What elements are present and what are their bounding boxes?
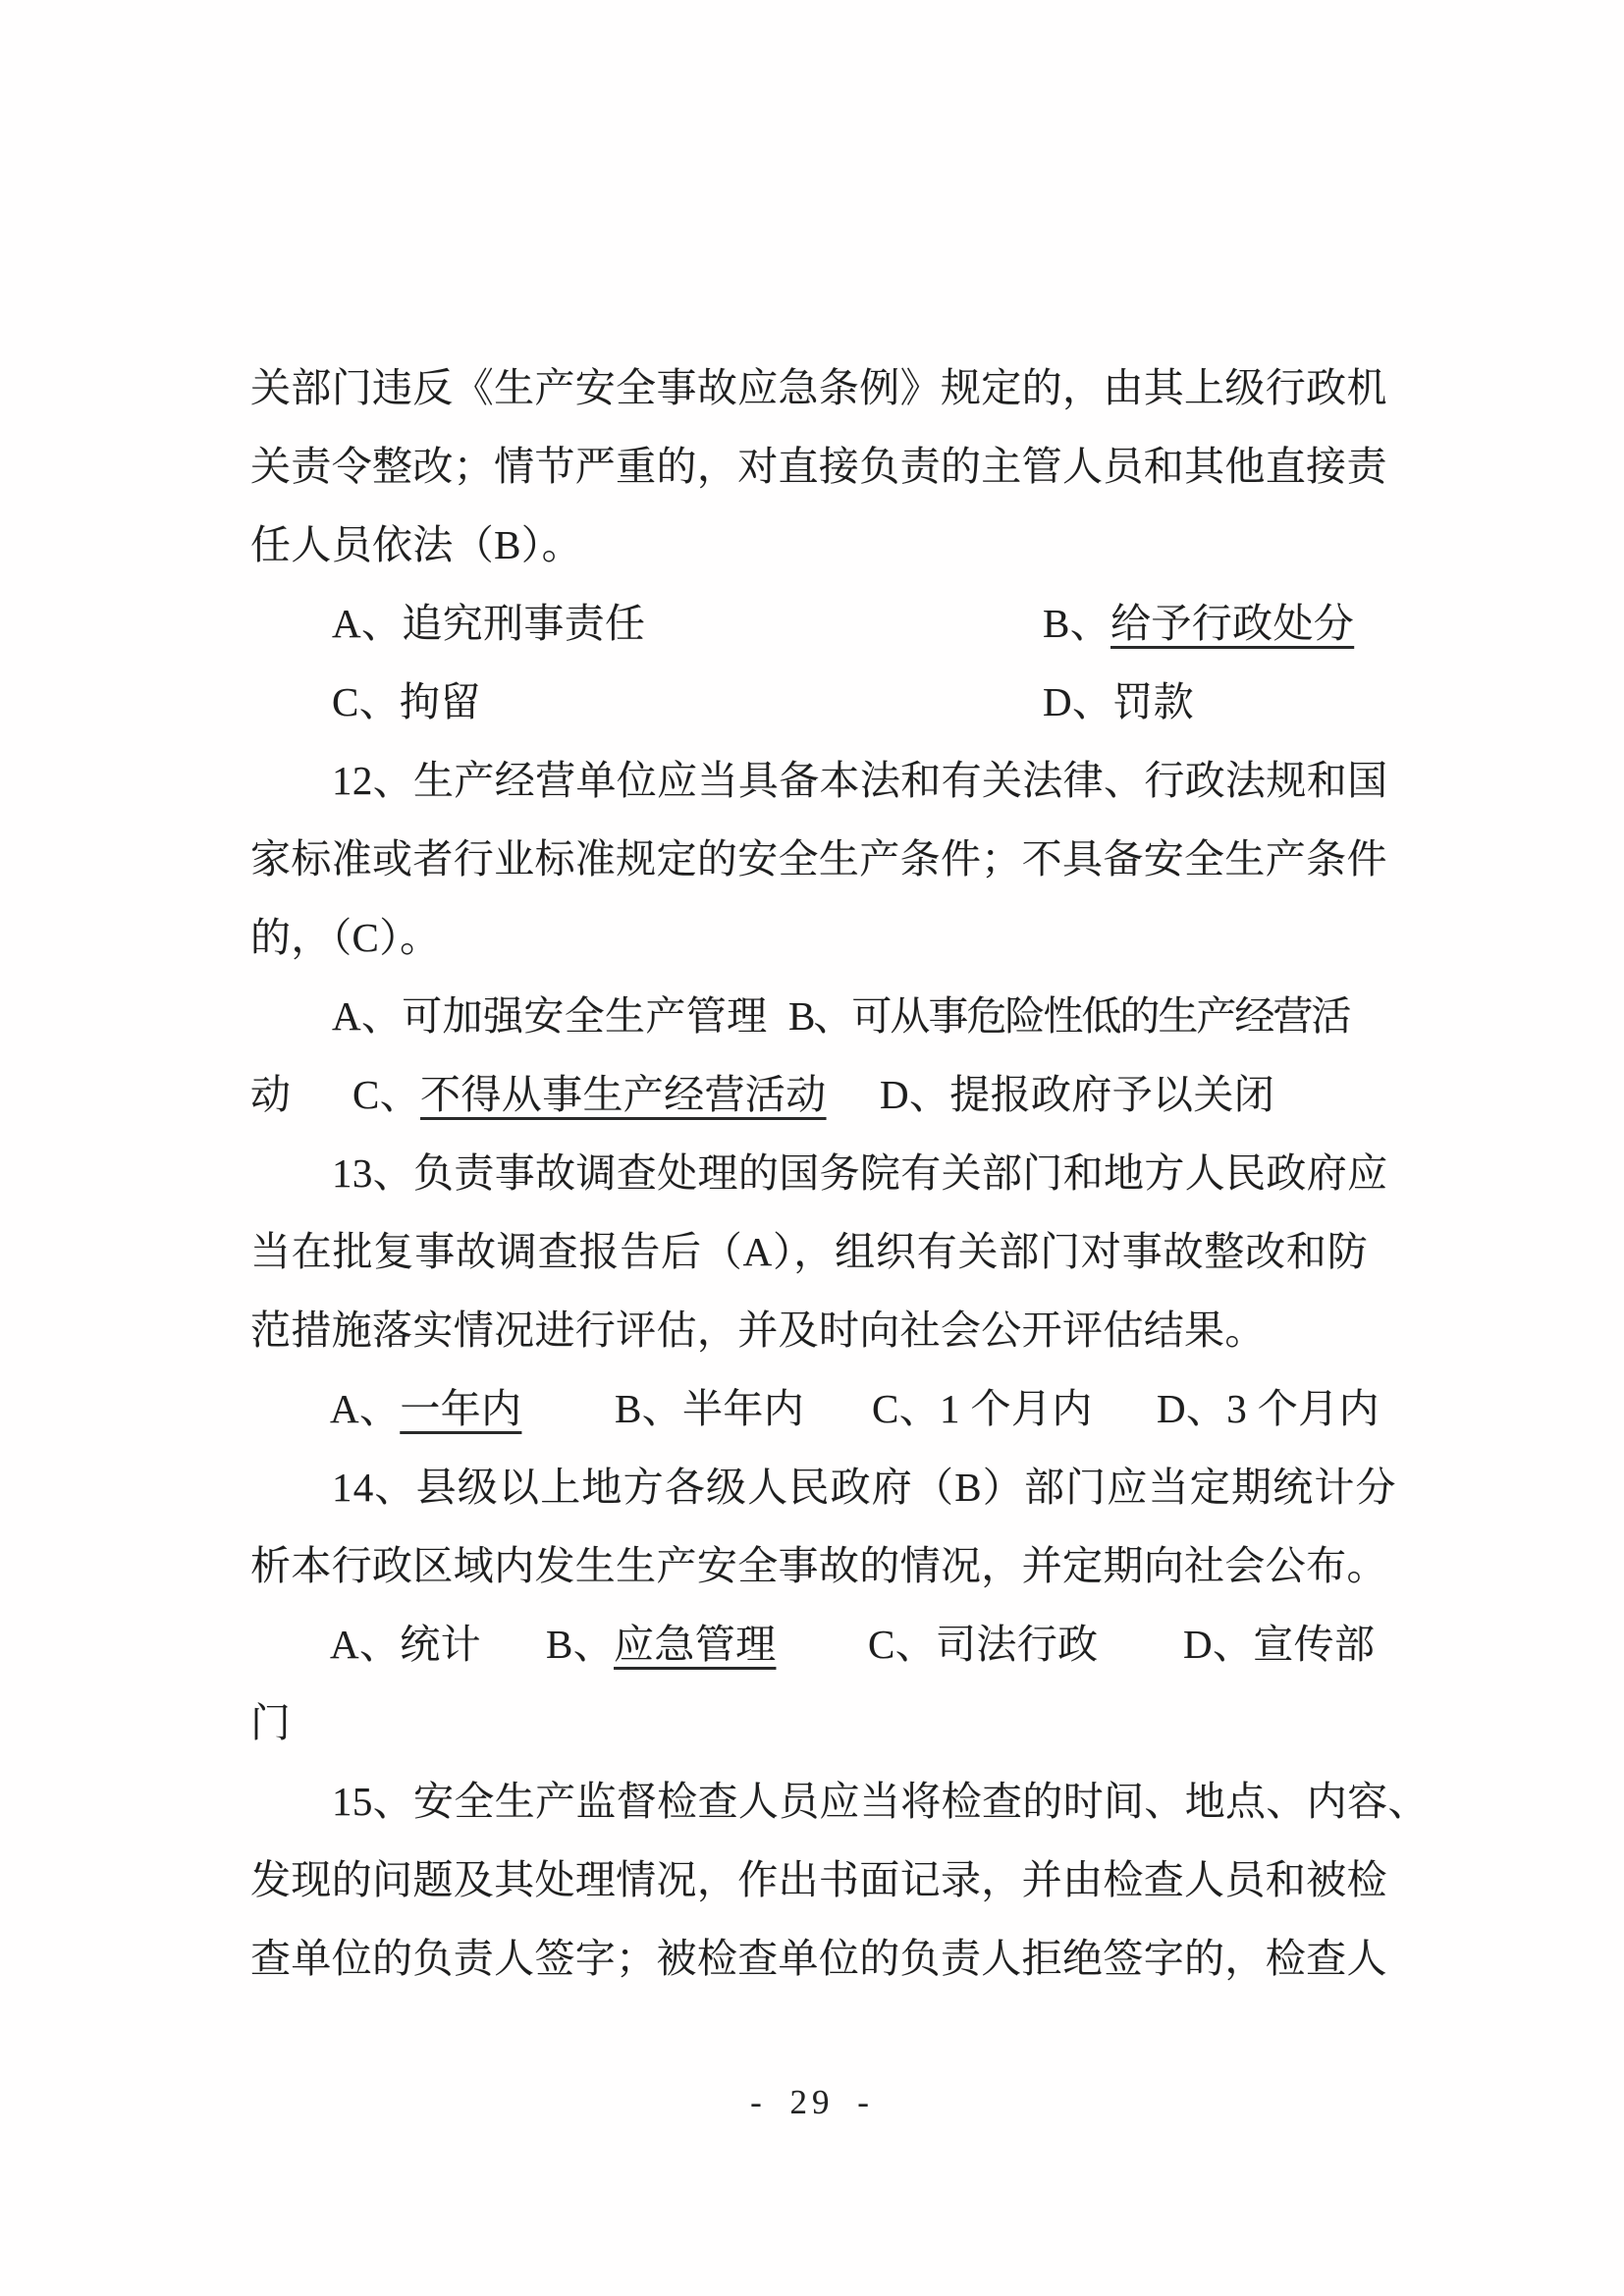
q15-stem-line-3: 查单位的负责人签字；被检查单位的负责人拒绝签字的，检查人: [250, 1937, 1387, 1980]
q12-option-d: D、提报政府予以关闭: [880, 1073, 1274, 1116]
q14-option-a: A、统计: [330, 1623, 481, 1666]
text-part: B、可从事危险性低的生产经营活: [788, 993, 1349, 1039]
text-part: 析本行政区域内发生生产安全事故的情况，并定期向社会公布。: [250, 1543, 1387, 1588]
q14-option-d-continuation: 门: [250, 1701, 291, 1744]
text-part: 12、生产经营单位应当具备本法和有关法律、行政法规和国: [332, 758, 1387, 803]
document-page: 关部门违反《生产安全事故应急条例》规定的，由其上级行政机关责令整改；情节严重的，…: [0, 0, 1624, 2296]
text-part: 动: [250, 1072, 291, 1117]
text-part: 关部门违反《生产安全事故应急条例》规定的，由其上级行政机: [250, 365, 1387, 410]
text-part: A、统计: [330, 1622, 481, 1667]
q14-option-b: B、应急管理: [546, 1623, 776, 1666]
text-part: C、拘留: [332, 679, 481, 724]
q12-option-a: A、可加强安全生产管理: [332, 994, 767, 1038]
text-part: 13、负责事故调查处理的国务院有关部门和地方人民政府应: [332, 1150, 1387, 1196]
text-part: D、罚款: [1043, 679, 1194, 724]
text-part: B、: [1043, 601, 1110, 646]
q11-option-b: B、给予行政处分: [1043, 602, 1354, 645]
underlined-answer: 给予行政处分: [1110, 601, 1354, 646]
page-number: - 29 -: [750, 2083, 874, 2121]
q15-stem-line-2: 发现的问题及其处理情况，作出书面记录，并由检查人员和被检: [250, 1858, 1387, 1901]
text-part: D、3 个月内: [1157, 1386, 1380, 1431]
q12-option-b-continuation: 动: [250, 1073, 291, 1116]
text-part: B、: [546, 1622, 614, 1667]
q11-option-d: D、罚款: [1043, 680, 1194, 723]
text-part: 当在批复事故调查报告后（A），组织有关部门对事故整改和防: [250, 1229, 1369, 1274]
text-part: 发现的问题及其处理情况，作出书面记录，并由检查人员和被检: [250, 1857, 1387, 1902]
text-part: C、: [352, 1072, 420, 1117]
text-part: 的，（C）。: [250, 915, 440, 960]
q13-stem-line-2: 当在批复事故调查报告后（A），组织有关部门对事故整改和防: [250, 1230, 1369, 1273]
text-part: 任人员依法（B）。: [250, 522, 582, 567]
text-part: 范措施落实情况进行评估，并及时向社会公开评估结果。: [250, 1308, 1266, 1353]
page-footer: - 29 -: [0, 2083, 1624, 2122]
text-part: A、可加强安全生产管理: [332, 993, 767, 1039]
q13-option-b: B、半年内: [615, 1387, 804, 1430]
q11-stem-line-3: 任人员依法（B）。: [250, 523, 582, 566]
q13-option-c: C、1 个月内: [872, 1387, 1093, 1430]
text-part: C、1 个月内: [872, 1386, 1093, 1431]
q12-stem-line-2: 家标准或者行业标准规定的安全生产条件；不具备安全生产条件: [250, 837, 1387, 881]
q14-option-d: D、宣传部: [1183, 1623, 1375, 1666]
underlined-answer: 不得从事生产经营活动: [420, 1072, 827, 1117]
q13-stem-line-1: 13、负责事故调查处理的国务院有关部门和地方人民政府应: [332, 1151, 1387, 1195]
text-part: C、司法行政: [868, 1622, 1098, 1667]
text-part: 关责令整改；情节严重的，对直接负责的主管人员和其他直接责: [250, 444, 1387, 489]
q14-option-c: C、司法行政: [868, 1623, 1098, 1666]
text-part: 15、安全生产监督检查人员应当将检查的时间、地点、内容、: [332, 1779, 1429, 1824]
q11-stem-line-1: 关部门违反《生产安全事故应急条例》规定的，由其上级行政机: [250, 366, 1387, 409]
q13-option-a: A、一年内: [330, 1387, 521, 1430]
underlined-answer: 一年内: [400, 1386, 521, 1431]
text-part: 查单位的负责人签字；被检查单位的负责人拒绝签字的，检查人: [250, 1936, 1387, 1981]
text-part: A、追究刑事责任: [332, 601, 645, 646]
q14-stem-line-1: 14、县级以上地方各级人民政府（B）部门应当定期统计分: [332, 1466, 1397, 1509]
text-part: A、: [330, 1386, 400, 1431]
q11-option-a: A、追究刑事责任: [332, 602, 645, 645]
text-part: D、提报政府予以关闭: [880, 1072, 1274, 1117]
text-part: 家标准或者行业标准规定的安全生产条件；不具备安全生产条件: [250, 836, 1387, 881]
q15-stem-line-1: 15、安全生产监督检查人员应当将检查的时间、地点、内容、: [332, 1780, 1429, 1823]
q13-stem-line-3: 范措施落实情况进行评估，并及时向社会公开评估结果。: [250, 1308, 1266, 1352]
text-part: 门: [250, 1700, 291, 1745]
q14-stem-line-2: 析本行政区域内发生生产安全事故的情况，并定期向社会公布。: [250, 1544, 1387, 1587]
text-part: D、宣传部: [1183, 1622, 1375, 1667]
text-part: 14、县级以上地方各级人民政府（B）部门应当定期统计分: [332, 1465, 1397, 1510]
q11-option-c: C、拘留: [332, 680, 481, 723]
q13-option-d: D、3 个月内: [1157, 1387, 1380, 1430]
text-part: B、半年内: [615, 1386, 804, 1431]
q12-stem-line-3: 的，（C）。: [250, 916, 440, 959]
q12-stem-line-1: 12、生产经营单位应当具备本法和有关法律、行政法规和国: [332, 759, 1387, 802]
q12-option-c: C、不得从事生产经营活动: [352, 1073, 827, 1116]
q11-stem-line-2: 关责令整改；情节严重的，对直接负责的主管人员和其他直接责: [250, 445, 1387, 488]
q12-option-b: B、可从事危险性低的生产经营活: [788, 994, 1349, 1038]
underlined-answer: 应急管理: [614, 1622, 776, 1667]
